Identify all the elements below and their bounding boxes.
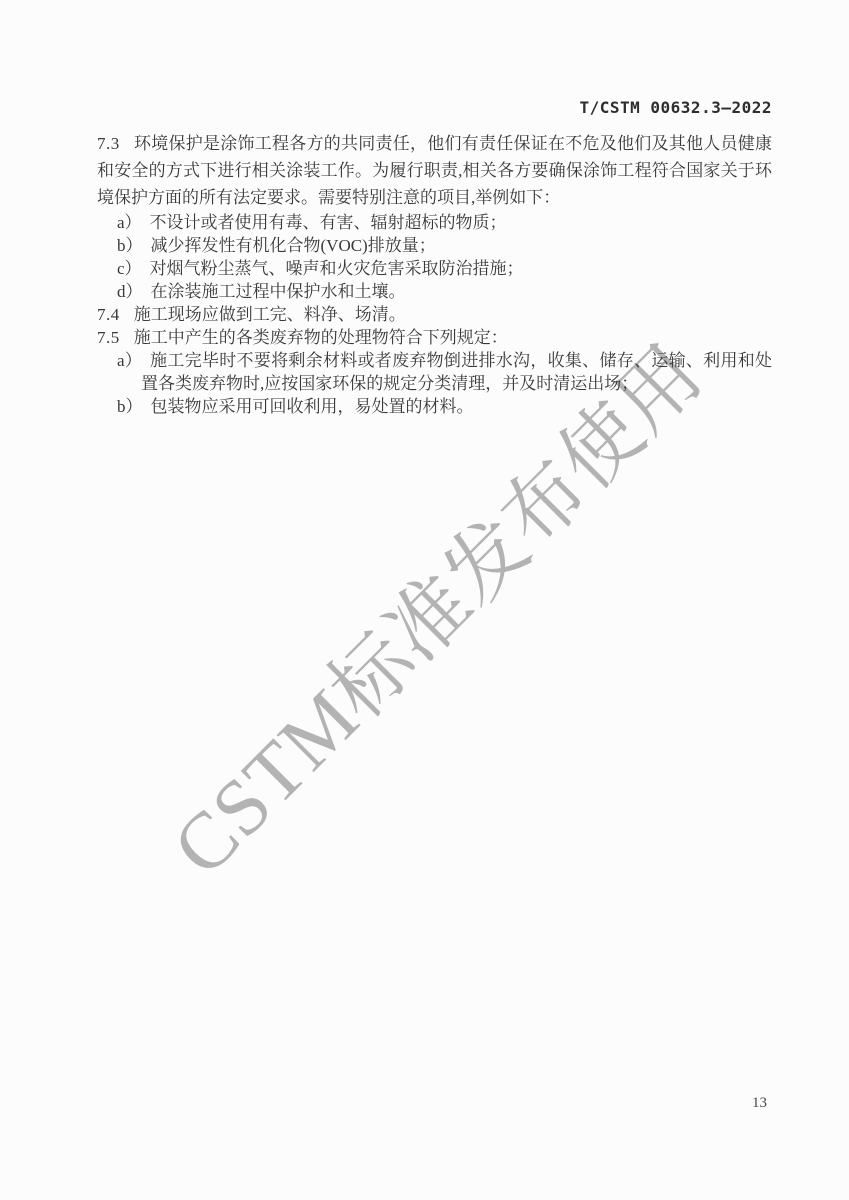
list-item-text: 施工完毕时不要将剩余材料或者废弃物倒进排水沟，收集、储存、运输、利用和处置各类废… [141, 351, 772, 393]
list-item-marker: b） [117, 397, 143, 416]
list-item-text: 不设计或者使用有毒、有害、辐射超标的物质； [150, 213, 507, 232]
document-body: 7.3环境保护是涂饰工程各方的共同责任，他们有责任保证在不危及他们及其他人员健康… [97, 130, 772, 418]
clause-number: 7.4 [97, 305, 120, 324]
list-item: a）不设计或者使用有毒、有害、辐射超标的物质； [97, 211, 772, 234]
list-item: b）减少挥发性有机化合物(VOC)排放量； [97, 234, 772, 257]
clause-number: 7.5 [97, 328, 120, 347]
clause-7-4: 7.4施工现场应做到工完、料净、场清。 [97, 303, 772, 326]
clause-text: 施工现场应做到工完、料净、场清。 [134, 305, 406, 324]
list-item-marker: a） [117, 351, 142, 370]
list-item: c）对烟气粉尘蒸气、噪声和火灾危害采取防治措施； [97, 257, 772, 280]
clause-text: 施工中产生的各类废弃物的处理物符合下列规定： [134, 328, 508, 347]
clause-7-3: 7.3环境保护是涂饰工程各方的共同责任，他们有责任保证在不危及他们及其他人员健康… [97, 130, 772, 211]
list-item-marker: b） [117, 236, 143, 255]
document-page: T/CSTM 00632.3—2022 CSTM标准发布使用 7.3环境保护是涂… [0, 0, 849, 1200]
list-item: b）包装物应采用可回收利用，易处置的材料。 [97, 395, 772, 418]
clause-7-3-list: a）不设计或者使用有毒、有害、辐射超标的物质； b）减少挥发性有机化合物(VOC… [97, 211, 772, 303]
list-item-marker: d） [117, 282, 143, 301]
list-item-text: 包装物应采用可回收利用，易处置的材料。 [151, 397, 474, 416]
standard-number-header: T/CSTM 00632.3—2022 [579, 98, 772, 117]
list-item-text: 对烟气粉尘蒸气、噪声和火灾危害采取防治措施； [150, 259, 524, 278]
list-item-text: 在涂装施工过程中保护水和土壤。 [151, 282, 406, 301]
list-item: a）施工完毕时不要将剩余材料或者废弃物倒进排水沟，收集、储存、运输、利用和处置各… [97, 349, 772, 395]
list-item-marker: a） [117, 213, 142, 232]
clause-text: 环境保护是涂饰工程各方的共同责任，他们有责任保证在不危及他们及其他人员健康和安全… [97, 134, 772, 207]
clause-number: 7.3 [97, 134, 120, 153]
list-item: d）在涂装施工过程中保护水和土壤。 [97, 280, 772, 303]
page-number: 13 [752, 1095, 767, 1112]
clause-7-5: 7.5施工中产生的各类废弃物的处理物符合下列规定： [97, 326, 772, 349]
list-item-marker: c） [117, 259, 142, 278]
list-item-text: 减少挥发性有机化合物(VOC)排放量； [151, 236, 436, 255]
clause-7-5-list: a）施工完毕时不要将剩余材料或者废弃物倒进排水沟，收集、储存、运输、利用和处置各… [97, 349, 772, 418]
